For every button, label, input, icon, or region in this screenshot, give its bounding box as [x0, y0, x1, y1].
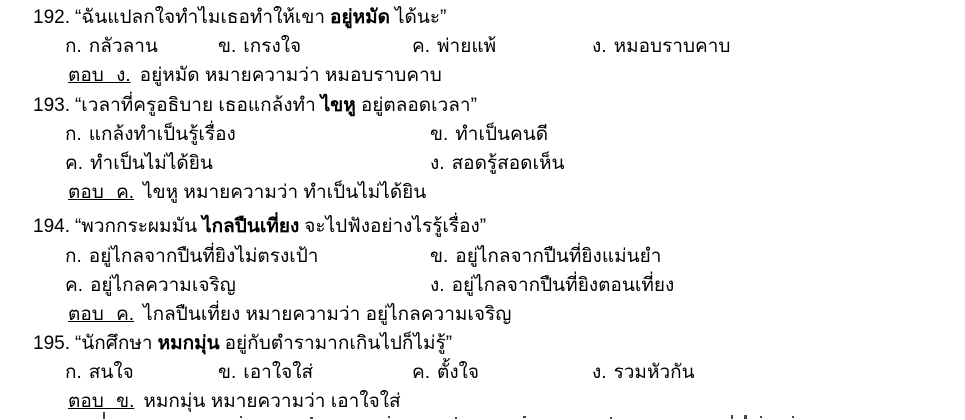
option-label: ข.: [430, 124, 448, 145]
question-line: 195.“นักศึกษาหมกมุ่นอยู่กับตำรามากเกินไป…: [33, 329, 965, 358]
option-c: ค.พ่ายแพ้: [412, 32, 496, 61]
option-label: ข.: [218, 362, 236, 383]
options-row: ค.อยู่ไกลความเจริญ ง.อยู่ไกลจากปืนที่ยิง…: [33, 271, 965, 300]
question-number: 193.: [33, 95, 70, 116]
question-quote: “ฉันแปลกใจทำไมเธอทำให้เขาอยู่หมัดได้นะ”: [75, 7, 446, 28]
option-b: ข.ทำเป็นคนดี: [430, 120, 548, 149]
option-label: ค.: [412, 36, 430, 57]
answer-text: หมกมุ่น หมายความว่า เอาใจใส่: [143, 391, 400, 412]
question-quote: “พวกกระผมมันไกลปืนเที่ยงจะไปฟังอย่างไรรู…: [75, 216, 486, 237]
option-label: ค.: [412, 362, 430, 383]
answer-line: ตอบ ง.อยู่หมัด หมายความว่า หมอบราบคาบ: [33, 61, 965, 90]
option-text: แกล้งทำเป็นรู้เรื่อง: [89, 124, 236, 145]
idiom-term: อยู่หมัด: [330, 7, 390, 28]
question-quote: “เวลาที่ครูอธิบาย เธอแกล้งทำไขหูอยู่ตลอด…: [75, 95, 477, 116]
clipped-text-fragment: [33, 412, 933, 420]
options-row: ก.สนใจ ข.เอาใจใส่ ค.ตั้งใจ ง.รวมหัวกัน: [33, 358, 965, 387]
question-193: 193.“เวลาที่ครูอธิบาย เธอแกล้งทำไขหูอยู่…: [33, 91, 965, 208]
answer-text: อยู่หมัด หมายความว่า หมอบราบคาบ: [140, 65, 442, 86]
quote-pre: “นักศึกษา: [75, 333, 153, 354]
option-a: ก.อยู่ไกลจากปืนที่ยิงไม่ตรงเป้า: [65, 242, 318, 271]
option-text: สอดรู้สอดเห็น: [452, 153, 565, 174]
option-label: ง.: [592, 362, 607, 383]
options-row: ก.แกล้งทำเป็นรู้เรื่อง ข.ทำเป็นคนดี: [33, 120, 965, 149]
question-number: 192.: [33, 7, 70, 28]
option-c: ค.ตั้งใจ: [412, 358, 479, 387]
option-text: พ่ายแพ้: [437, 36, 496, 57]
question-192: 192.“ฉันแปลกใจทำไมเธอทำให้เขาอยู่หมัดได้…: [33, 3, 965, 91]
options-row: ก.อยู่ไกลจากปืนที่ยิงไม่ตรงเป้า ข.อยู่ไก…: [33, 242, 965, 271]
question-line: 193.“เวลาที่ครูอธิบาย เธอแกล้งทำไขหูอยู่…: [33, 91, 965, 120]
option-label: ก.: [65, 124, 82, 145]
option-label: ง.: [592, 36, 607, 57]
option-d: ง.สอดรู้สอดเห็น: [430, 149, 564, 178]
option-d: ง.หมอบราบคาบ: [592, 32, 730, 61]
quote-pre: “ฉันแปลกใจทำไมเธอทำให้เขา: [75, 7, 325, 28]
option-text: เกรงใจ: [243, 36, 301, 57]
question-line: 194.“พวกกระผมมันไกลปืนเที่ยงจะไปฟังอย่าง…: [33, 212, 965, 241]
option-text: อยู่ไกลจากปืนที่ยิงแม่นยำ: [455, 246, 661, 267]
quote-post: อยู่ตลอดเวลา”: [361, 95, 477, 116]
option-label: ก.: [65, 362, 82, 383]
option-label: ก.: [65, 36, 82, 57]
option-text: อยู่ไกลความเจริญ: [90, 275, 236, 296]
question-line: 192.“ฉันแปลกใจทำไมเธอทำให้เขาอยู่หมัดได้…: [33, 3, 965, 32]
option-b: ข.อยู่ไกลจากปืนที่ยิงแม่นยำ: [430, 242, 661, 271]
option-text: หมอบราบคาบ: [614, 36, 731, 57]
answer-line: ตอบ ค.ไกลปืนเที่ยง หมายความว่า อยู่ไกลคว…: [33, 300, 965, 329]
question-number: 194.: [33, 216, 70, 237]
option-a: ก.กลัวลาน: [65, 32, 158, 61]
answer-text: ไขหู หมายความว่า ทำเป็นไม่ได้ยิน: [143, 182, 426, 203]
option-text: เอาใจใส่: [243, 362, 313, 383]
option-label: ง.: [430, 275, 445, 296]
quote-pre: “เวลาที่ครูอธิบาย เธอแกล้งทำ: [75, 95, 316, 116]
options-row: ก.กลัวลาน ข.เกรงใจ ค.พ่ายแพ้ ง.หมอบราบคา…: [33, 32, 965, 61]
answer-label: ตอบ ง.: [68, 65, 131, 86]
question-194: 194.“พวกกระผมมันไกลปืนเที่ยงจะไปฟังอย่าง…: [33, 212, 965, 329]
option-text: ตั้งใจ: [437, 362, 479, 383]
quote-post: อยู่กับตำรามากเกินไปก็ไม่รู้”: [225, 333, 452, 354]
options-row: ค.ทำเป็นไม่ได้ยิน ง.สอดรู้สอดเห็น: [33, 149, 965, 178]
option-text: ทำเป็นคนดี: [455, 124, 548, 145]
option-text: ทำเป็นไม่ได้ยิน: [90, 153, 213, 174]
option-c: ค.อยู่ไกลความเจริญ: [65, 271, 236, 300]
option-b: ข.เอาใจใส่: [218, 358, 313, 387]
option-text: สนใจ: [89, 362, 134, 383]
question-number: 195.: [33, 333, 70, 354]
quote-post: ได้นะ”: [395, 7, 446, 28]
quiz-document-page: 192.“ฉันแปลกใจทำไมเธอทำให้เขาอยู่หมัดได้…: [0, 0, 965, 420]
answer-label: ตอบ ข.: [68, 391, 134, 412]
option-text: อยู่ไกลจากปืนที่ยิงตอนเที่ยง: [452, 275, 675, 296]
idiom-term: หมกมุ่น: [158, 333, 220, 354]
option-text: อยู่ไกลจากปืนที่ยิงไม่ตรงเป้า: [89, 246, 319, 267]
answer-text: ไกลปืนเที่ยง หมายความว่า อยู่ไกลความเจริ…: [143, 304, 511, 325]
quote-post: จะไปฟังอย่างไรรู้เรื่อง”: [304, 216, 486, 237]
option-text: รวมหัวกัน: [614, 362, 695, 383]
question-195: 195.“นักศึกษาหมกมุ่นอยู่กับตำรามากเกินไป…: [33, 329, 965, 417]
option-label: ง.: [430, 153, 445, 174]
option-label: ค.: [65, 275, 83, 296]
option-c: ค.ทำเป็นไม่ได้ยิน: [65, 149, 213, 178]
question-quote: “นักศึกษาหมกมุ่นอยู่กับตำรามากเกินไปก็ไม…: [75, 333, 452, 354]
option-label: ข.: [218, 36, 236, 57]
option-b: ข.เกรงใจ: [218, 32, 301, 61]
option-label: ก.: [65, 246, 82, 267]
option-a: ก.สนใจ: [65, 358, 134, 387]
idiom-term: ไขหู: [321, 95, 356, 116]
idiom-term: ไกลปืนเที่ยง: [202, 216, 299, 237]
answer-label: ตอบ ค.: [68, 182, 134, 203]
answer-label: ตอบ ค.: [68, 304, 134, 325]
option-label: ข.: [430, 246, 448, 267]
option-d: ง.รวมหัวกัน: [592, 358, 695, 387]
option-a: ก.แกล้งทำเป็นรู้เรื่อง: [65, 120, 236, 149]
quote-pre: “พวกกระผมมัน: [75, 216, 197, 237]
option-label: ค.: [65, 153, 83, 174]
answer-line: ตอบ ค.ไขหู หมายความว่า ทำเป็นไม่ได้ยิน: [33, 178, 965, 207]
option-text: กลัวลาน: [89, 36, 158, 57]
option-d: ง.อยู่ไกลจากปืนที่ยิงตอนเที่ยง: [430, 271, 674, 300]
